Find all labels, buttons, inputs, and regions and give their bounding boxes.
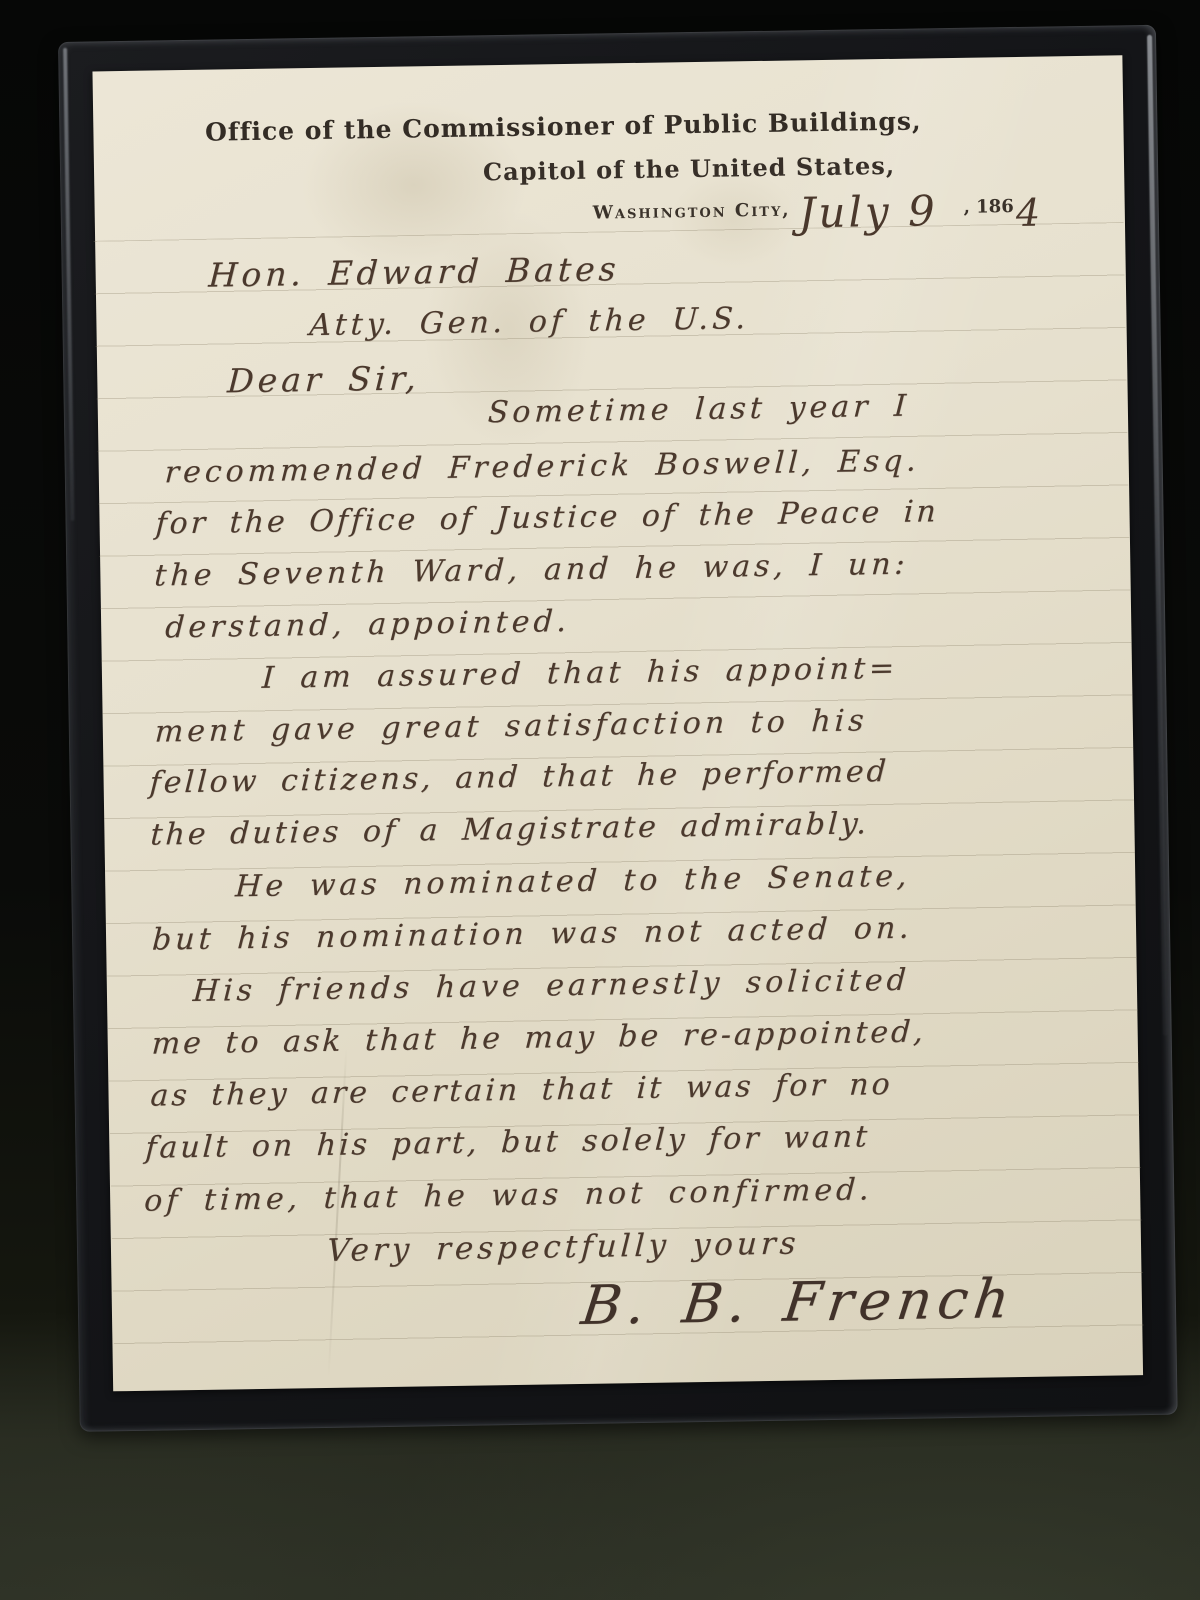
protective-sleeve: Office of the Commissioner of Public Bui… [58, 25, 1178, 1432]
salutation-line: Dear Sir, [226, 358, 421, 400]
handwritten-date: July 9 [798, 186, 938, 237]
letterhead-date-line: Washington City,July 9, 1864 [592, 185, 1040, 242]
handwritten-line: derstand, appointed. [164, 604, 571, 645]
handwritten-line: Sometime last year I [487, 389, 911, 431]
sleeve-reflection-left [63, 48, 74, 521]
letter-document: Office of the Commissioner of Public Bui… [92, 55, 1143, 1391]
recipient-title-line: Atty. Gen. of the U.S. [309, 301, 751, 343]
closing-line: Very respectfully yours [326, 1225, 801, 1268]
signature: B. B. French [578, 1267, 1019, 1337]
recipient-name-line: Hon. Edward Bates [208, 249, 621, 294]
handwritten-year-digit: 4 [1016, 191, 1041, 235]
sleeve-reflection-right [1147, 35, 1168, 1036]
letterhead-year-prefix: , 186 [963, 196, 1013, 218]
letterhead-office-line: Office of the Commissioner of Public Bui… [193, 106, 933, 147]
letterhead-capitol-line: Capitol of the United States, [324, 148, 1054, 188]
letterhead-city-label: Washington City, [593, 200, 791, 224]
